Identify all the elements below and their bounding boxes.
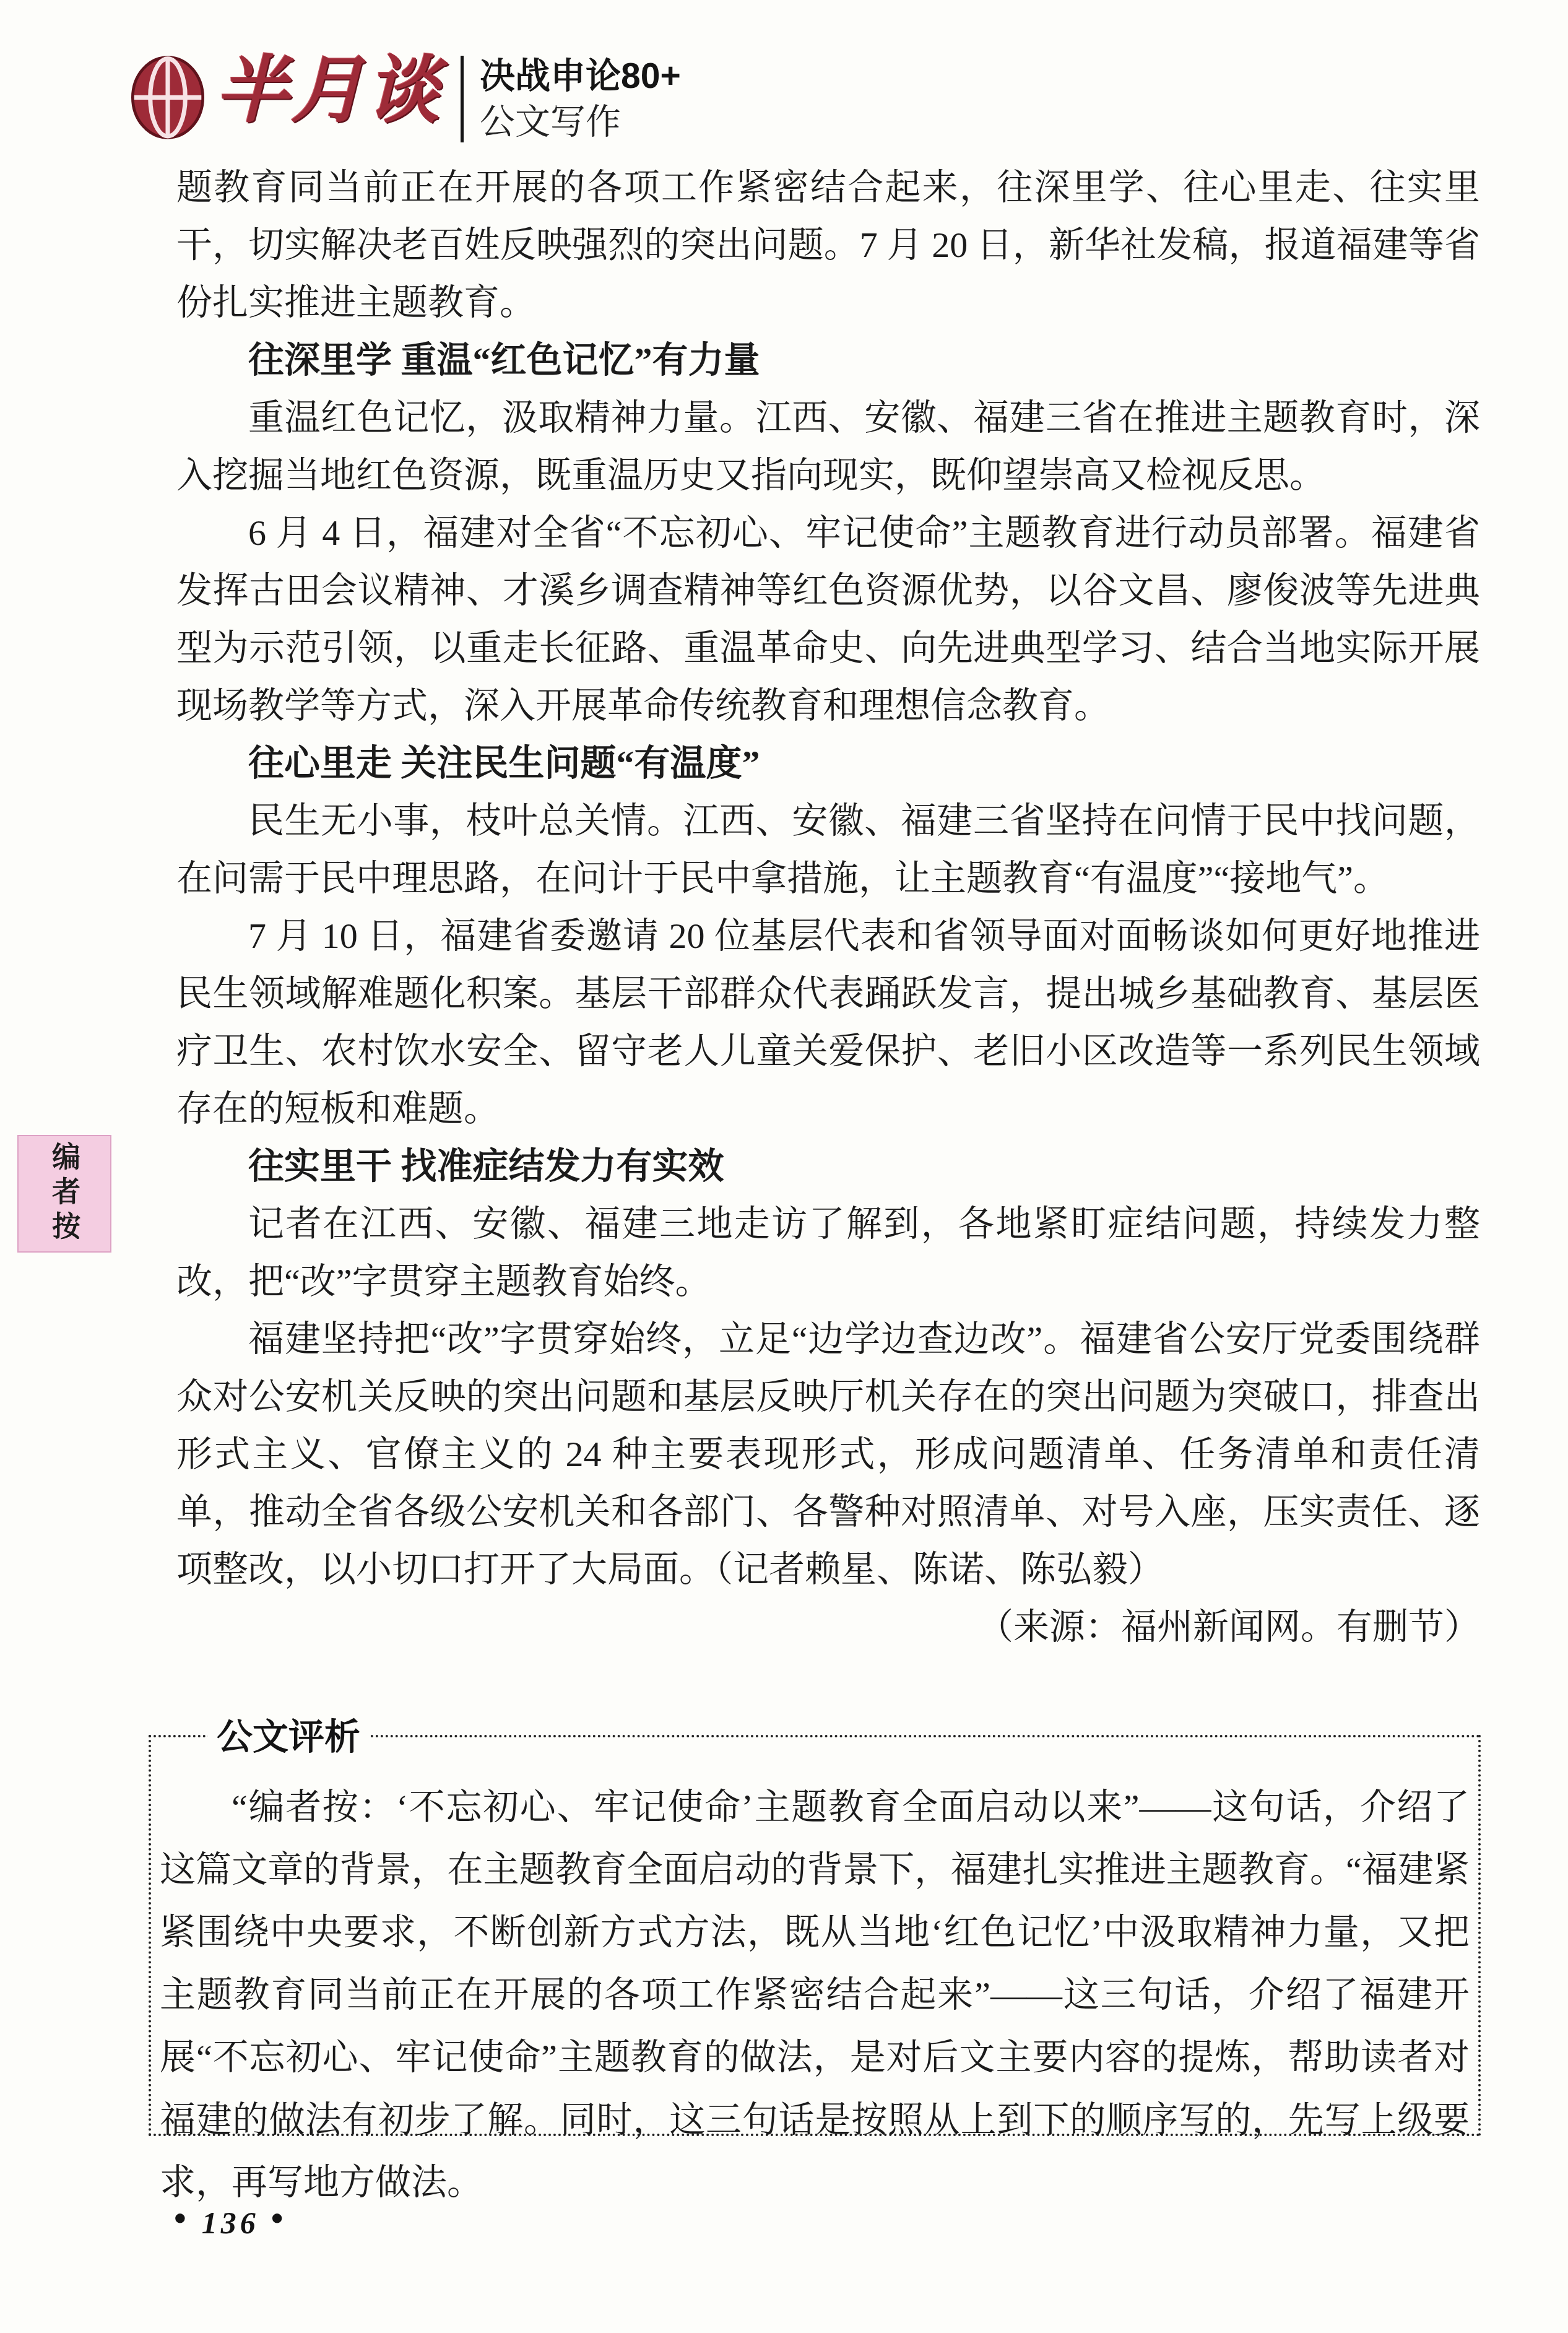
brand-header: 半月谈 决战申论80+ 公文写作 [131,45,681,145]
article-body: 题教育同当前正在开展的各项工作紧密结合起来，往深里学、往心里走、往实里干，切实解… [176,159,1480,1656]
section-heading: 往深里学 重温“红色记忆”有力量 [176,331,1480,389]
analysis-box: 公文评析 “编者按：‘不忘初心、牢记使命’主题教育全面启动以来”——这句话，介绍… [149,1735,1481,2136]
header-divider [461,56,464,142]
page-number-dot-right: ● [259,2205,299,2230]
article-paragraph: 重温红色记忆，汲取精神力量。江西、安徽、福建三省在推进主题教育时，深入挖掘当地红… [176,389,1480,504]
article-paragraph: 福建坚持把“改”字贯穿始终，立足“边学边查边改”。福建省公安厅党委围绕群众对公安… [176,1310,1480,1598]
article-paragraph: 民生无小事，枝叶总关情。江西、安徽、福建三省坚持在问情于民中找问题，在问需于民中… [176,792,1480,907]
article-paragraph: 题教育同当前正在开展的各项工作紧密结合起来，往深里学、往心里走、往实里干，切实解… [176,159,1480,331]
article-paragraph: 记者在江西、安徽、福建三地走访了解到，各地紧盯症结问题，持续发力整改，把“改”字… [176,1195,1480,1310]
page-number-dot-left: ● [162,2205,202,2230]
editor-note-tab-label: 编者按 [50,1142,79,1246]
page-number-value: 136 [202,2205,259,2240]
series-subtitle: 公文写作 [480,99,681,145]
article-paragraph: 7 月 10 日，福建省委邀请 20 位基层代表和省领导面对面畅谈如何更好地推进… [176,907,1480,1137]
globe-icon [131,56,204,140]
document-page: 半月谈 决战申论80+ 公文写作 编者按 题教育同当前正在开展的各项工作紧密结合… [0,0,1568,2333]
series-title: 决战申论80+ [480,53,681,99]
section-heading: 往实里干 找准症结发力有实效 [176,1137,1480,1195]
analysis-box-text: “编者按：‘不忘初心、牢记使命’主题教育全面启动以来”——这句话，介绍了这篇文章… [151,1737,1478,2226]
brand-logo-text: 半月谈 [215,45,442,137]
section-heading: 往心里走 关注民生问题“有温度” [176,734,1480,792]
analysis-box-title: 公文评析 [208,1713,369,1762]
source-line: （来源：福州新闻网。有删节） [176,1598,1480,1656]
editor-note-tab: 编者按 [17,1135,111,1253]
page-number: ●136● [162,2204,299,2241]
article-paragraph: 6 月 4 日，福建对全省“不忘初心、牢记使命”主题教育进行动员部署。福建省发挥… [176,504,1480,734]
header-titles: 决战申论80+ 公文写作 [480,53,681,145]
